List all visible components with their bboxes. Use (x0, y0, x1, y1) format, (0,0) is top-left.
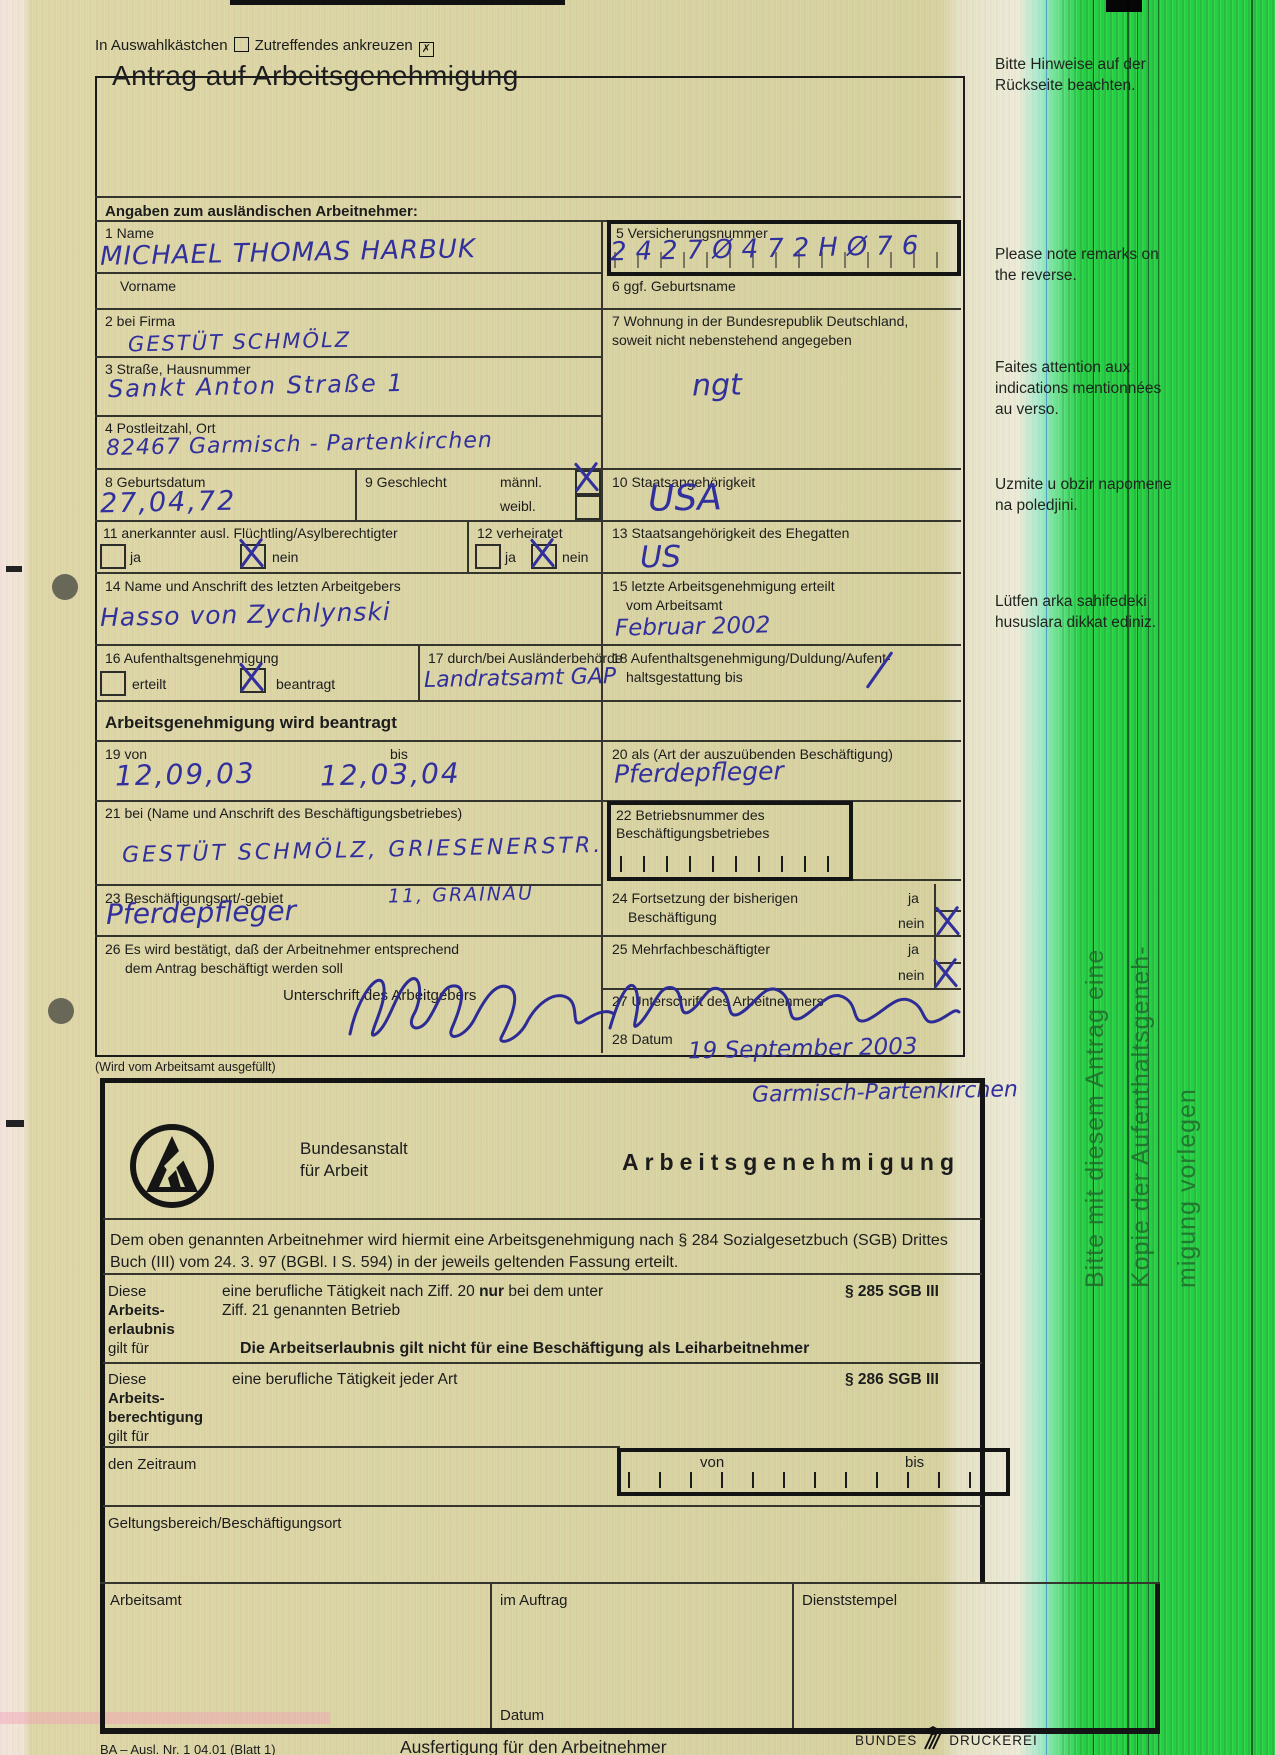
scan-artifact (0, 1712, 330, 1724)
checkbox-weiblich[interactable] (575, 495, 601, 520)
section2-header: Arbeitsgenehmigung wird beantragt (105, 712, 397, 734)
office-use-note: (Wird vom Arbeitsamt ausgefüllt) (95, 1059, 276, 1075)
field-label-9: 9 Geschlecht (365, 473, 447, 491)
agency-name-1: Bundesanstalt (300, 1138, 408, 1160)
p2-word-3: berechtigung (108, 1408, 203, 1428)
agency-name-2: für Arbeit (300, 1160, 368, 1182)
field-label-11: 11 anerkannter ausl. Flüchtling/Asylbere… (103, 524, 398, 542)
field-label-22: 22 Betriebsnummer des Beschäftigungsbetr… (616, 806, 836, 842)
p1-word-2: Arbeits- (108, 1301, 165, 1321)
vertical-margin-note: Bitte mit diesem Antrag eine Kopie der A… (1072, 768, 1222, 1288)
checkbox-11-ja[interactable] (100, 544, 126, 569)
dienststempel-label: Dienststempel (802, 1591, 897, 1611)
field-label-2: 2 bei Firma (105, 312, 175, 330)
p1-word-1: Diese (108, 1282, 146, 1302)
checkbox-empty-icon (234, 37, 249, 52)
checkbox-11-nein[interactable] (240, 544, 266, 569)
scanned-form-page: In AuswahlkästchenZutreffendes ankreuzen… (0, 0, 1275, 1755)
label-weiblich: weibl. (500, 497, 536, 515)
zeitraum-label: den Zeitraum (108, 1455, 196, 1475)
scan-artifact (6, 566, 22, 572)
checkbox-instruction: In AuswahlkästchenZutreffendes ankreuzen… (95, 36, 440, 57)
p1-word-3: erlaubnis (108, 1320, 175, 1340)
entry-bis[interactable]: 12,03,04 (320, 757, 461, 793)
field-label-7: 7 Wohnung in der Bundesrepublik Deutschl… (612, 312, 937, 350)
side-note-french: Faites attention aux indications mention… (995, 358, 1173, 421)
entry-behoerde[interactable]: Landratsamt GAP (424, 664, 617, 693)
label-12-ja: ja (505, 548, 516, 566)
bundesdruckerei-text-1: BUNDES (855, 1732, 917, 1750)
entry-von[interactable]: 12,09,03 (115, 757, 256, 793)
label-maennlich: männl. (500, 473, 542, 491)
field-label-14: 14 Name und Anschrift des letzten Arbeit… (105, 577, 401, 595)
side-note-bosnian: Uzmite u obzir napomene na poledjini. (995, 475, 1173, 517)
entry-art[interactable]: Pferdepfleger (614, 756, 784, 789)
instruction-text-1: In Auswahlkästchen (95, 37, 228, 54)
field-label-15b: vom Arbeitsamt (626, 596, 722, 614)
side-note-turkish: Lütfen arka sahifedeki hususlara dikkat … (995, 592, 1173, 634)
permit-intro: Dem oben genannten Arbeitnehmer wird hie… (110, 1230, 965, 1273)
p1-text-line2: Ziff. 21 genannten Betrieb (222, 1301, 400, 1321)
geltungsbereich-label: Geltungsbereich/Beschäftigungsort (108, 1514, 341, 1534)
permit-box-border (980, 1078, 985, 1584)
permit-box-border (1155, 1582, 1160, 1732)
zeitraum-von-label: von (700, 1453, 724, 1473)
p1-text-line1: eine berufliche Tätigkeit nach Ziff. 20 … (222, 1282, 603, 1302)
field-label-18b: haltsgestattung bis (626, 668, 743, 686)
permit-box-border (100, 1078, 105, 1732)
label-12-nein: nein (562, 548, 588, 566)
entry-letzter-arbeitgeber[interactable]: Hasso von Zychlynski (100, 597, 391, 632)
entry-staat-ehegatte[interactable]: US (640, 540, 682, 576)
arbeitsamt-label: Arbeitsamt (110, 1591, 182, 1611)
eagle-icon (919, 1724, 947, 1750)
field-label-26b: dem Antrag beschäftigt werden soll (125, 959, 343, 977)
field-label-18a: 18 Aufenthaltsgenehmigung/Duldung/Aufent… (612, 649, 891, 667)
checkbox-16-erteilt[interactable] (100, 671, 126, 696)
label-11-nein: nein (272, 548, 298, 566)
datum-label: Datum (500, 1706, 544, 1726)
zeitraum-bis-label: bis (905, 1453, 924, 1473)
p1-text-a: eine berufliche Tätigkeit nach Ziff. 20 (222, 1283, 479, 1300)
field-label-1-name: 1 Name (105, 224, 154, 242)
entry-ort[interactable]: Pferdepfleger (106, 894, 297, 931)
footer-form-number: BA – Ausl. Nr. 1 04.01 (Blatt 1) (100, 1742, 276, 1755)
label-11-ja: ja (130, 548, 141, 566)
p2-word-1: Diese (108, 1370, 146, 1390)
field-label-12: 12 verheiratet (477, 524, 563, 542)
hole-punch (48, 998, 74, 1024)
footer-copy-note: Ausfertigung für den Arbeitnehmer (400, 1736, 667, 1755)
checkbox-12-ja[interactable] (475, 544, 501, 569)
side-note-english: Please note remarks on the reverse. (995, 245, 1173, 287)
label-24-ja: ja (908, 889, 919, 907)
checkbox-checked-icon: ✗ (419, 42, 434, 57)
entry-datum-2[interactable]: Garmisch-Partenkirchen (752, 1077, 1018, 1108)
p1-text-b: bei dem unter (504, 1283, 603, 1300)
scan-artifact (6, 1120, 24, 1127)
field-label-vorname: Vorname (120, 277, 176, 295)
field-label-28: 28 Datum (612, 1030, 673, 1048)
label-beantragt: beantragt (276, 675, 335, 693)
vertical-note-line3: migung vorlegen (1164, 768, 1210, 1288)
label-25-ja: ja (908, 940, 919, 958)
label-erteilt: erteilt (132, 675, 166, 693)
instruction-text-2: Zutreffendes ankreuzen (255, 37, 413, 54)
entry-firma[interactable]: GESTÜT SCHMÖLZ (128, 328, 352, 357)
entry-betrieb-2[interactable]: 11, GRAINAU (388, 882, 534, 907)
vertical-note-line2: Kopie der Aufenthaltsgeneh- (1118, 768, 1164, 1288)
p2-word-2: Arbeits- (108, 1389, 165, 1409)
form-title: Antrag auf Arbeitsgenehmigung (112, 58, 519, 94)
digit-ticks-22 (620, 856, 848, 872)
entry-geburtsdatum[interactable]: 27,04,72 (100, 486, 237, 520)
entry-staatsangehoerigkeit[interactable]: USA (648, 477, 723, 520)
scan-artifact (1106, 0, 1142, 12)
im-auftrag-label: im Auftrag (500, 1591, 568, 1611)
entry-wohnung[interactable]: ngt (692, 367, 743, 403)
p1-text-nur: nur (479, 1283, 504, 1300)
hole-punch (52, 574, 78, 600)
entry-datum-1[interactable]: 19 September 2003 (688, 1034, 918, 1065)
employer-signature[interactable] (330, 950, 630, 1050)
zeitraum-ticks (628, 1472, 994, 1488)
p2-word-4: gilt für (108, 1427, 149, 1447)
p2-text: eine berufliche Tätigkeit jeder Art (232, 1370, 457, 1390)
label-24-nein: nein (898, 914, 924, 932)
bundesdruckerei-logo: BUNDES DRUCKEREI (855, 1724, 1038, 1750)
field-label-6: 6 ggf. Geburtsname (612, 277, 736, 295)
bundesanstalt-logo-icon (128, 1122, 216, 1210)
p2-law: § 286 SGB III (845, 1370, 939, 1390)
p1-note: Die Arbeitserlaubnis gilt nicht für eine… (240, 1339, 809, 1360)
entry-letzte-genehmigung[interactable]: Februar 2002 (615, 612, 771, 641)
p1-law: § 285 SGB III (845, 1282, 939, 1302)
field-label-24a: 24 Fortsetzung der bisherigen (612, 889, 798, 907)
permit-title: Arbeitsgenehmigung (600, 1148, 960, 1178)
field-label-24b: Beschäftigung (628, 908, 717, 926)
checkbox-16-beantragt[interactable] (240, 668, 266, 693)
section1-header: Angaben zum ausländischen Arbeitnehmer: (105, 202, 418, 222)
bundesdruckerei-text-2: DRUCKEREI (949, 1732, 1038, 1750)
field-label-15a: 15 letzte Arbeitsgenehmigung erteilt (612, 577, 835, 595)
side-note-german: Bitte Hinweise auf der Rückseite beachte… (995, 55, 1173, 97)
checkbox-12-nein[interactable] (531, 544, 557, 569)
scan-line (1251, 0, 1253, 1755)
scan-artifact (230, 0, 565, 5)
field-label-16: 16 Aufenthaltsgenehmigung (105, 649, 279, 667)
vertical-note-line1: Bitte mit diesem Antrag eine (1072, 768, 1118, 1288)
checkbox-maennlich[interactable] (575, 470, 601, 495)
field-label-21: 21 bei (Name und Anschrift des Beschäfti… (105, 804, 462, 822)
p1-word-4: gilt für (108, 1339, 149, 1359)
field-label-25: 25 Mehrfachbeschäftigter (612, 940, 770, 958)
